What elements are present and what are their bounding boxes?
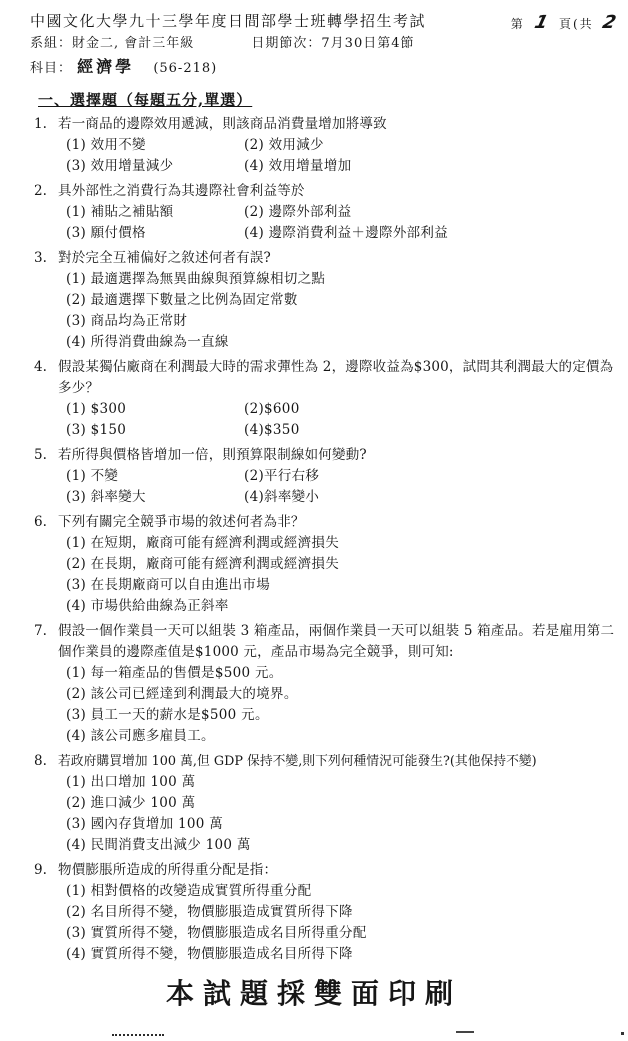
option: (1) 每一箱產品的售價是$500 元。 [66,663,626,684]
option: (4)斜率變小 [244,487,626,508]
option: (2) 邊際外部利益 [244,202,626,223]
question-5: 5. 若所得與價格皆增加一倍，則預算限制線如何變動? (1) 不變 (2)平行右… [0,445,628,508]
option: (3) 願付價格 [66,223,244,244]
option: (1) 最適選擇為無異曲線與預算線相切之點 [66,269,626,290]
question-list: 1. 若一商品的邊際效用遞減，則該商品消費量增加將導致 (1) 效用不變 (2)… [0,114,628,965]
page-label-prefix: 第 [511,17,525,31]
page-info: 第 1 頁(共 2 [511,12,622,33]
options: (1) 效用不變 (2) 效用減少 (3) 效用增量減少 (4) 效用增量增加 [66,135,626,177]
section-heading: 一、選擇題（每題五分,單選） [38,89,628,110]
question-3: 3. 對於完全互補偏好之敘述何者有誤? (1) 最適選擇為無異曲線與預算線相切之… [0,248,628,353]
date-label: 日期節次：7月30日第4節 [251,36,414,51]
question-stem: 具外部性之消費行為其邊際社會利益等於 [58,181,626,202]
question-2: 2. 具外部性之消費行為其邊際社會利益等於 (1) 補貼之補貼額 (2) 邊際外… [0,181,628,244]
option: (3) 效用增量減少 [66,156,244,177]
option: (3) 國內存貨增加 100 萬 [66,814,626,835]
scan-artifact-dash [456,1031,474,1033]
option: (1) 效用不變 [66,135,244,156]
option: (2) 效用減少 [244,135,626,156]
options: (1) 每一箱產品的售價是$500 元。 (2) 該公司已經達到利潤最大的境界。… [66,663,626,747]
option: (4) 實質所得不變，物價膨脹造成名目所得下降 [66,944,626,965]
option: (2)$600 [244,399,626,420]
question-4: 4. 假設某獨佔廠商在利潤最大時的需求彈性為 2，邊際收益為$300，試問其利潤… [0,357,628,441]
option: (1) 不變 [66,466,244,487]
option: (4) 邊際消費利益＋邊際外部利益 [244,223,626,244]
options: (1) 補貼之補貼額 (2) 邊際外部利益 (3) 願付價格 (4) 邊際消費利… [66,202,626,244]
option: (2) 在長期，廠商可能有經濟利潤或經濟損失 [66,554,626,575]
question-1: 1. 若一商品的邊際效用遞減，則該商品消費量增加將導致 (1) 效用不變 (2)… [0,114,628,177]
scan-artifact-dot [621,1032,624,1035]
options: (1) 在短期，廠商可能有經濟利潤或經濟損失 (2) 在長期，廠商可能有經濟利潤… [66,533,626,617]
question-stem: 假設某獨佔廠商在利潤最大時的需求彈性為 2，邊際收益為$300，試問其利潤最大的… [58,357,626,399]
option: (4) 市場供給曲線為正斜率 [66,596,626,617]
question-stem: 若政府購買增加 100 萬,但 GDP 保持不變,則下列何種情況可能發生?(其他… [58,751,626,772]
option: (3) 員工一天的薪水是$500 元。 [66,705,626,726]
exam-page: 中國文化大學九十三學年度日間部學士班轉學招生考試 第 1 頁(共 2 系組：財金… [0,0,628,1041]
option: (4) 該公司應多雇員工。 [66,726,626,747]
subject-code: (56-218) [153,61,217,76]
option: (2) 該公司已經達到利潤最大的境界。 [66,684,626,705]
question-stem: 假設一個作業員一天可以組裝 3 箱產品，兩個作業員一天可以組裝 5 箱產品。若是… [58,621,626,663]
question-number: 4. [34,357,58,441]
option: (4) 所得消費曲線為一直線 [66,332,626,353]
option: (1) $300 [66,399,244,420]
question-number: 5. [34,445,58,508]
subject-name: 經濟學 [77,57,134,76]
question-number: 2. [34,181,58,244]
options: (1) $300 (2)$600 (3) $150 (4)$350 [66,399,626,441]
option: (4) 效用增量增加 [244,156,626,177]
question-number: 6. [34,512,58,617]
option: (1) 出口增加 100 萬 [66,772,626,793]
meta-row: 系組：財金二, 會計三年級 日期節次：7月30日第4節 [30,32,620,55]
options: (1) 出口增加 100 萬 (2) 進口減少 100 萬 (3) 國內存貨增加… [66,772,626,856]
scan-artifact-dashes [112,1034,164,1036]
options: (1) 最適選擇為無異曲線與預算線相切之點 (2) 最適選擇下數量之比例為固定常… [66,269,626,353]
page-number-handwritten: 1 [528,12,556,33]
question-number: 9. [34,860,58,965]
option: (2) 進口減少 100 萬 [66,793,626,814]
page-label-middle: 頁(共 [559,17,594,31]
question-9: 9. 物價膨脹所造成的所得重分配是指： (1) 相對價格的改變造成實質所得重分配… [0,860,628,965]
subject-label: 科目： [30,61,72,76]
option: (1) 在短期，廠商可能有經濟利潤或經濟損失 [66,533,626,554]
page-total-handwritten: 2 [597,12,625,33]
question-stem: 若一商品的邊際效用遞減，則該商品消費量增加將導致 [58,114,626,135]
option: (3) $150 [66,420,244,441]
question-7: 7. 假設一個作業員一天可以組裝 3 箱產品，兩個作業員一天可以組裝 5 箱產品… [0,621,628,747]
question-8: 8. 若政府購買增加 100 萬,但 GDP 保持不變,則下列何種情況可能發生?… [0,751,628,856]
question-stem: 下列有關完全競爭市場的敘述何者為非？ [58,512,626,533]
option: (1) 補貼之補貼額 [66,202,244,223]
question-stem: 物價膨脹所造成的所得重分配是指： [58,860,626,881]
question-number: 1. [34,114,58,177]
option: (3) 商品均為正常財 [66,311,626,332]
option: (3) 在長期廠商可以自由進出市場 [66,575,626,596]
option: (2)平行右移 [244,466,626,487]
dept-label: 系組：財金二, 會計三年級 [30,36,194,51]
option: (2) 最適選擇下數量之比例為固定常數 [66,290,626,311]
option: (4) 民間消費支出減少 100 萬 [66,835,626,856]
option: (1) 相對價格的改變造成實質所得重分配 [66,881,626,902]
subject-row: 科目： 經濟學 (56-218) [30,55,620,81]
question-stem: 若所得與價格皆增加一倍，則預算限制線如何變動? [58,445,626,466]
option: (2) 名目所得不變，物價膨脹造成實質所得下降 [66,902,626,923]
option: (3) 斜率變大 [66,487,244,508]
options: (1) 相對價格的改變造成實質所得重分配 (2) 名目所得不變，物價膨脹造成實質… [66,881,626,965]
question-6: 6. 下列有關完全競爭市場的敘述何者為非？ (1) 在短期，廠商可能有經濟利潤或… [0,512,628,617]
option: (3) 實質所得不變，物價膨脹造成名目所得重分配 [66,923,626,944]
header: 中國文化大學九十三學年度日間部學士班轉學招生考試 第 1 頁(共 2 系組：財金… [0,10,628,81]
question-number: 3. [34,248,58,353]
question-number: 8. [34,751,58,856]
duplex-print-notice: 本試題採雙面印刷 [0,977,628,1011]
exam-title: 中國文化大學九十三學年度日間部學士班轉學招生考試 [30,12,426,30]
question-stem: 對於完全互補偏好之敘述何者有誤? [58,248,626,269]
section-heading-text: 一、選擇題（每題五分,單選） [38,91,252,109]
question-number: 7. [34,621,58,747]
options: (1) 不變 (2)平行右移 (3) 斜率變大 (4)斜率變小 [66,466,626,508]
option: (4)$350 [244,420,626,441]
